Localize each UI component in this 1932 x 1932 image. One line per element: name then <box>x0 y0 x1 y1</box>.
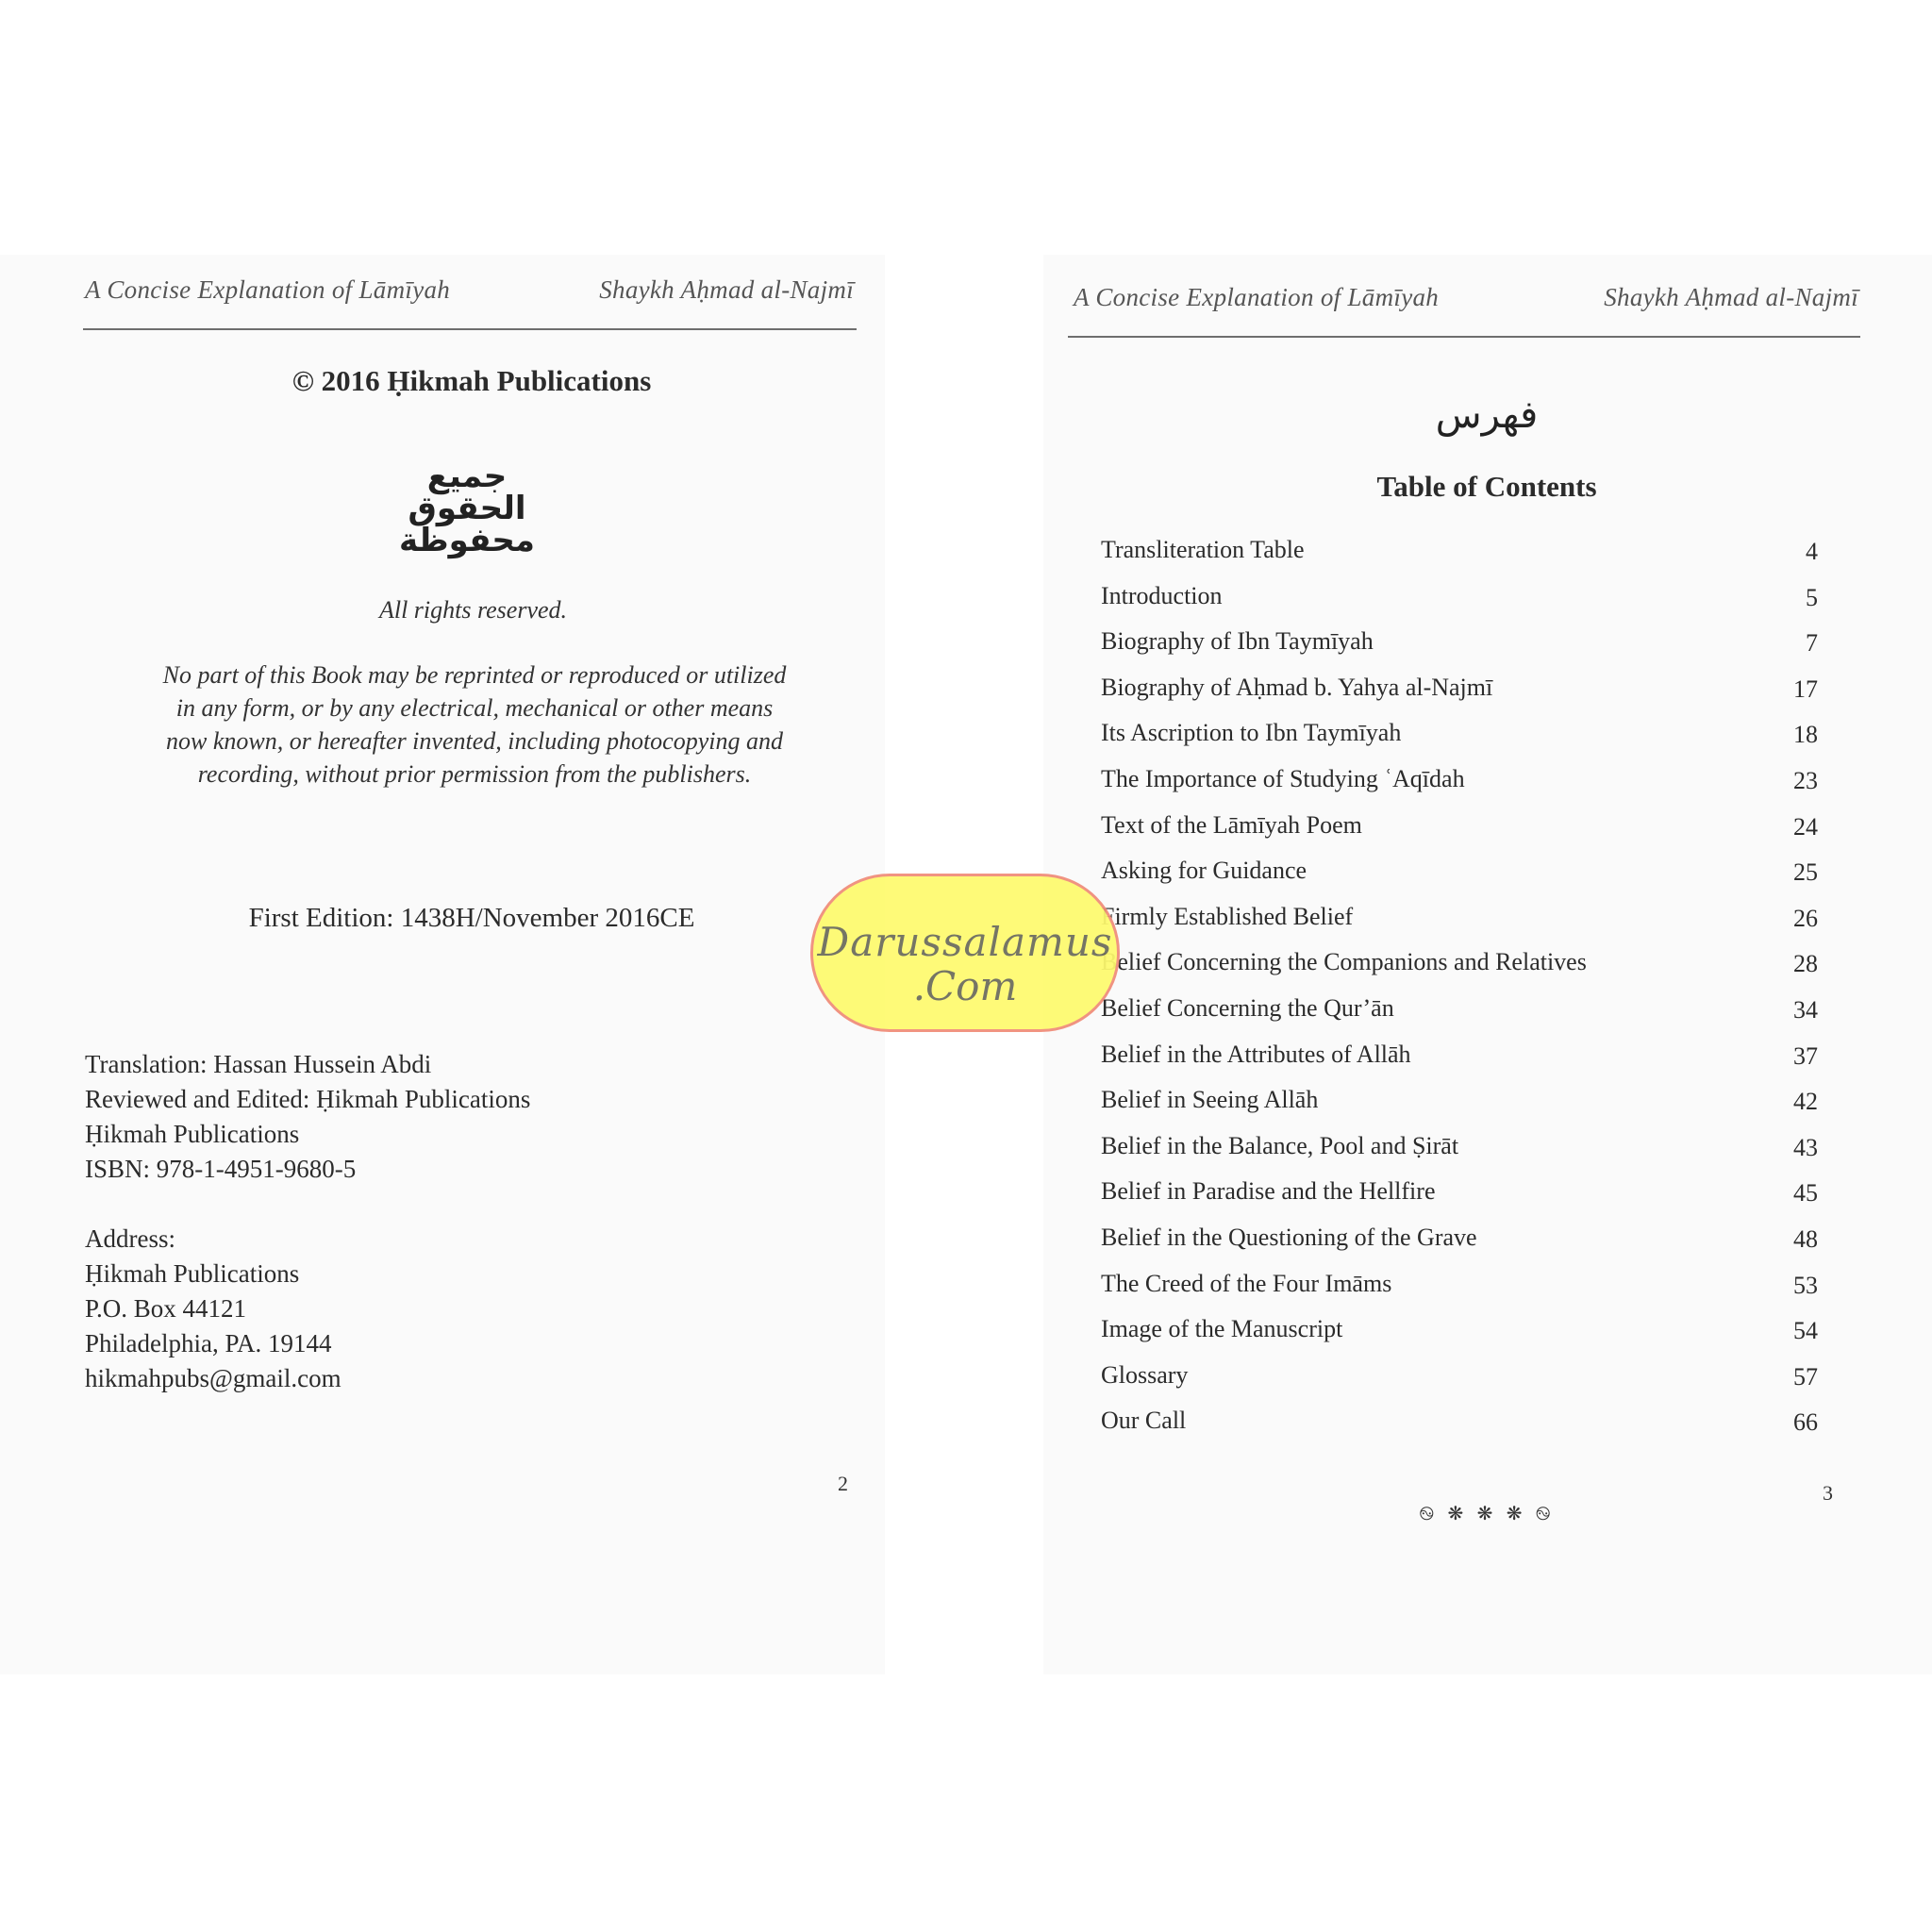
watermark-text: Darussalamus <box>813 919 1117 965</box>
arabic-calligraphy-index-icon: فهرس <box>1392 396 1581 434</box>
toc-entry-page: 54 <box>1793 1317 1818 1345</box>
toc-entry-page: 5 <box>1806 584 1818 612</box>
watermark-text-domain: .Com <box>813 963 1117 1009</box>
credit-reviewed: Reviewed and Edited: Ḥikmah Publications <box>85 1082 530 1117</box>
credit-publisher: Ḥikmah Publications <box>85 1117 530 1152</box>
page-number: 2 <box>838 1472 848 1496</box>
toc-entry-page: 34 <box>1793 996 1818 1024</box>
toc-entry: The Creed of the Four Imāms53 <box>1101 1262 1818 1308</box>
running-head: A Concise Explanation of Lāmīyah Shaykh … <box>85 275 854 313</box>
toc-entry-title: Its Ascription to Ibn Taymīyah <box>1101 719 1401 747</box>
toc-entry: Biography of Aḥmad b. Yahya al-Najmī17 <box>1101 666 1818 712</box>
toc-entry: Belief in the Balance, Pool and Ṣirāt43 <box>1101 1124 1818 1171</box>
toc-entry-title: Biography of Ibn Taymīyah <box>1101 627 1374 656</box>
toc-entry: Firmly Established Belief26 <box>1101 895 1818 941</box>
running-head-title: A Concise Explanation of Lāmīyah <box>1074 283 1439 312</box>
toc-entry-title: Belief Concerning the Qur’ān <box>1101 994 1394 1023</box>
toc-entry-page: 25 <box>1793 858 1818 887</box>
toc-heading: Table of Contents <box>1232 470 1741 504</box>
toc-entry-page: 4 <box>1806 538 1818 566</box>
toc-entry-title: Belief in Seeing Allāh <box>1101 1086 1318 1114</box>
arabic-calligraphy-rights-icon: جميع الحقوق محفوظة <box>396 460 538 557</box>
toc-entry: Belief Concerning the Companions and Rel… <box>1101 941 1818 987</box>
credit-translation: Translation: Hassan Hussein Abdi <box>85 1047 530 1082</box>
credit-isbn: ISBN: 978-1-4951-9680-5 <box>85 1152 530 1187</box>
watermark-badge: Darussalamus .Com <box>810 874 1120 1032</box>
toc-entry: Belief in Seeing Allāh42 <box>1101 1078 1818 1124</box>
toc-entry-title: Glossary <box>1101 1361 1188 1390</box>
toc-entry: Biography of Ibn Taymīyah7 <box>1101 620 1818 666</box>
toc-entry-title: Introduction <box>1101 582 1223 610</box>
toc-entry-title: Our Call <box>1101 1407 1186 1435</box>
decorative-ornament-icon: ࿊ ❋ ❋ ❋ ࿊ <box>1326 1492 1647 1545</box>
address-line: Philadelphia, PA. 19144 <box>85 1326 530 1361</box>
toc-entry-title: Text of the Lāmīyah Poem <box>1101 811 1362 840</box>
toc-entry-page: 48 <box>1793 1225 1818 1254</box>
address-label: Address: <box>85 1222 530 1257</box>
toc-entry-page: 7 <box>1806 629 1818 658</box>
running-head-title: A Concise Explanation of Lāmīyah <box>85 275 450 305</box>
toc-entry: Introduction5 <box>1101 575 1818 621</box>
toc-entry-page: 28 <box>1793 950 1818 978</box>
disclaimer-line: in any form, or by any electrical, mecha… <box>123 691 826 724</box>
toc-entry-page: 37 <box>1793 1042 1818 1071</box>
rights-reserved: All rights reserved. <box>0 596 946 625</box>
toc-entry: Its Ascription to Ibn Taymīyah18 <box>1101 711 1818 758</box>
toc-entry-title: Firmly Established Belief <box>1101 903 1353 931</box>
toc-entry: Belief in Paradise and the Hellfire45 <box>1101 1170 1818 1216</box>
toc-entry-title: Image of the Manuscript <box>1101 1315 1342 1343</box>
running-head-author: Shaykh Aḥmad al-Najmī <box>1604 283 1858 312</box>
toc-entry-title: Belief Concerning the Companions and Rel… <box>1101 948 1587 976</box>
credits-block: Translation: Hassan Hussein Abdi Reviewe… <box>85 1047 530 1396</box>
address-email: hikmahpubs@gmail.com <box>85 1361 530 1396</box>
toc-list: Transliteration Table4Introduction5Biogr… <box>1101 528 1818 1445</box>
toc-entry: Image of the Manuscript54 <box>1101 1307 1818 1354</box>
edition-info: First Edition: 1438H/November 2016CE <box>0 903 943 934</box>
toc-entry-title: Transliteration Table <box>1101 536 1305 564</box>
disclaimer-line: No part of this Book may be reprinted or… <box>123 658 826 691</box>
toc-entry-title: Belief in the Questioning of the Grave <box>1101 1224 1477 1252</box>
address-line: Ḥikmah Publications <box>85 1257 530 1291</box>
toc-entry-page: 23 <box>1793 767 1818 795</box>
left-page-copyright: A Concise Explanation of Lāmīyah Shaykh … <box>0 255 885 1674</box>
toc-entry-title: The Importance of Studying ʿAqīdah <box>1101 765 1465 793</box>
toc-entry: Our Call66 <box>1101 1399 1818 1445</box>
toc-entry-title: Belief in the Balance, Pool and Ṣirāt <box>1101 1132 1458 1160</box>
toc-entry-title: Asking for Guidance <box>1101 857 1307 885</box>
toc-entry-title: Belief in Paradise and the Hellfire <box>1101 1177 1435 1206</box>
header-rule <box>83 328 857 330</box>
toc-entry-page: 45 <box>1793 1179 1818 1207</box>
toc-entry-page: 24 <box>1793 813 1818 841</box>
copyright-disclaimer: No part of this Book may be reprinted or… <box>123 658 826 791</box>
toc-entry-page: 18 <box>1793 721 1818 749</box>
toc-entry: Belief Concerning the Qur’ān34 <box>1101 987 1818 1033</box>
toc-entry: Belief in the Attributes of Allāh37 <box>1101 1033 1818 1079</box>
toc-entry-title: Belief in the Attributes of Allāh <box>1101 1041 1411 1069</box>
toc-entry: Transliteration Table4 <box>1101 528 1818 575</box>
toc-entry: The Importance of Studying ʿAqīdah23 <box>1101 758 1818 804</box>
toc-entry: Text of the Lāmīyah Poem24 <box>1101 804 1818 850</box>
toc-entry-title: The Creed of the Four Imāms <box>1101 1270 1391 1298</box>
toc-entry-title: Biography of Aḥmad b. Yahya al-Najmī <box>1101 674 1492 702</box>
toc-entry-page: 57 <box>1793 1363 1818 1391</box>
toc-entry: Glossary57 <box>1101 1354 1818 1400</box>
disclaimer-line: recording, without prior permission from… <box>123 758 826 791</box>
toc-entry: Asking for Guidance25 <box>1101 849 1818 895</box>
running-head-author: Shaykh Aḥmad al-Najmī <box>599 275 854 305</box>
toc-entry-page: 17 <box>1793 675 1818 704</box>
page-number: 3 <box>1823 1481 1833 1506</box>
toc-entry: Belief in the Questioning of the Grave48 <box>1101 1216 1818 1262</box>
toc-entry-page: 53 <box>1793 1272 1818 1300</box>
toc-entry-page: 66 <box>1793 1408 1818 1437</box>
disclaimer-line: now known, or hereafter invented, includ… <box>123 724 826 758</box>
copyright-heading: © 2016 Ḥikmah Publications <box>0 364 943 398</box>
toc-entry-page: 26 <box>1793 905 1818 933</box>
right-page-toc: A Concise Explanation of Lāmīyah Shaykh … <box>1043 255 1932 1674</box>
header-rule <box>1068 336 1860 338</box>
toc-entry-page: 43 <box>1793 1134 1818 1162</box>
toc-entry-page: 42 <box>1793 1088 1818 1116</box>
running-head: A Concise Explanation of Lāmīyah Shaykh … <box>1074 283 1858 321</box>
address-line: P.O. Box 44121 <box>85 1291 530 1326</box>
